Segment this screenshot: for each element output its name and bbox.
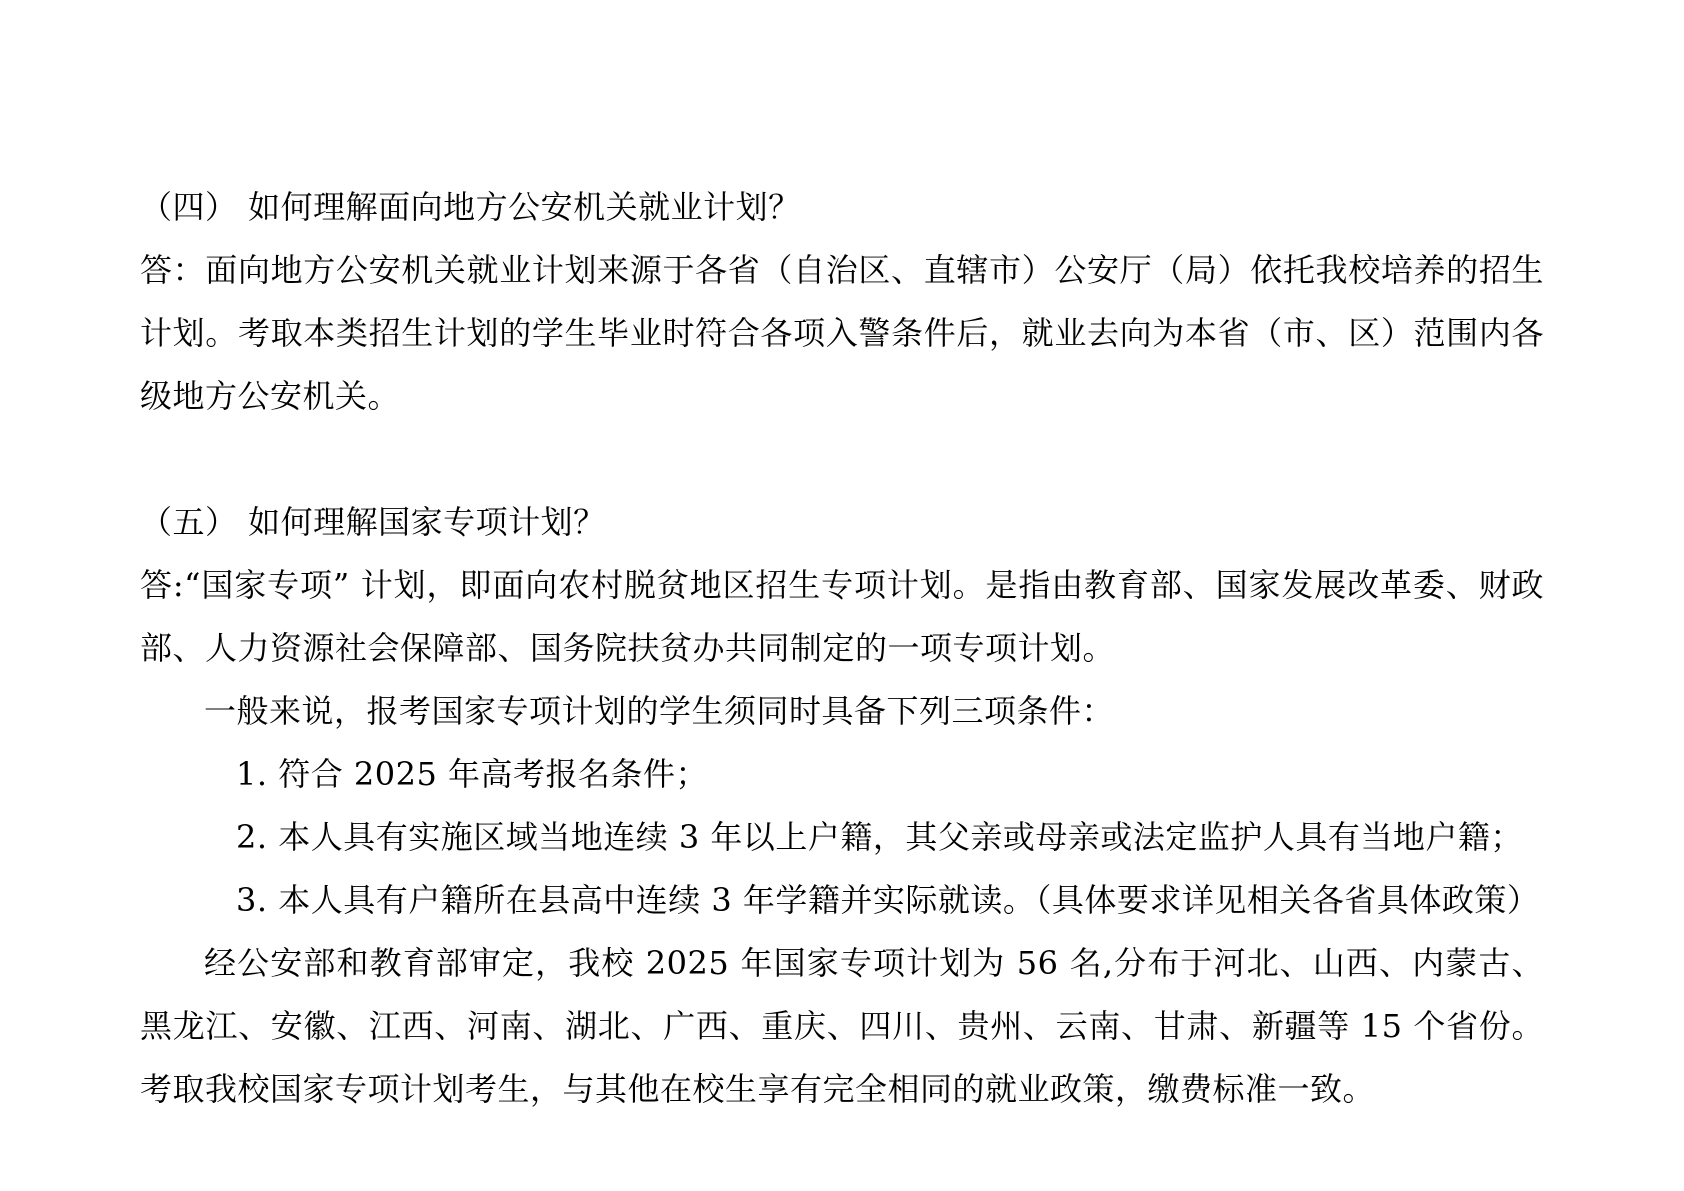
question-4-answer-paragraph: 答：面向地方公安机关就业计划来源于各省（自治区、直辖市）公安厅（局）依托我校培养… bbox=[140, 239, 1544, 428]
section-question-4: （四） 如何理解面向地方公安机关就业计划？ 答：面向地方公安机关就业计划来源于各… bbox=[140, 176, 1544, 428]
condition-item-1: 1. 符合 2025 年高考报名条件； bbox=[140, 743, 1544, 806]
document-content: （四） 如何理解面向地方公安机关就业计划？ 答：面向地方公安机关就业计划来源于各… bbox=[0, 0, 1684, 1121]
question-5-answer-paragraph: 答:“国家专项” 计划，即面向农村脱贫地区招生专项计划。是指由教育部、国家发展改… bbox=[140, 554, 1544, 680]
conditions-intro-paragraph: 一般来说，报考国家专项计划的学生须同时具备下列三项条件： bbox=[140, 680, 1544, 743]
document-page: （四） 如何理解面向地方公安机关就业计划？ 答：面向地方公安机关就业计划来源于各… bbox=[0, 0, 1684, 1191]
condition-item-3: 3. 本人具有户籍所在县高中连续 3 年学籍并实际就读。（具体要求详见相关各省具… bbox=[140, 869, 1544, 932]
question-4-heading: （四） 如何理解面向地方公安机关就业计划？ bbox=[140, 176, 1544, 239]
plan-quota-paragraph: 经公安部和教育部审定，我校 2025 年国家专项计划为 56 名,分布于河北、山… bbox=[140, 932, 1544, 1121]
section-question-5: （五） 如何理解国家专项计划？ 答:“国家专项” 计划，即面向农村脱贫地区招生专… bbox=[140, 491, 1544, 1121]
condition-item-2: 2. 本人具有实施区域当地连续 3 年以上户籍，其父亲或母亲或法定监护人具有当地… bbox=[140, 806, 1544, 869]
question-5-heading: （五） 如何理解国家专项计划？ bbox=[140, 491, 1544, 554]
